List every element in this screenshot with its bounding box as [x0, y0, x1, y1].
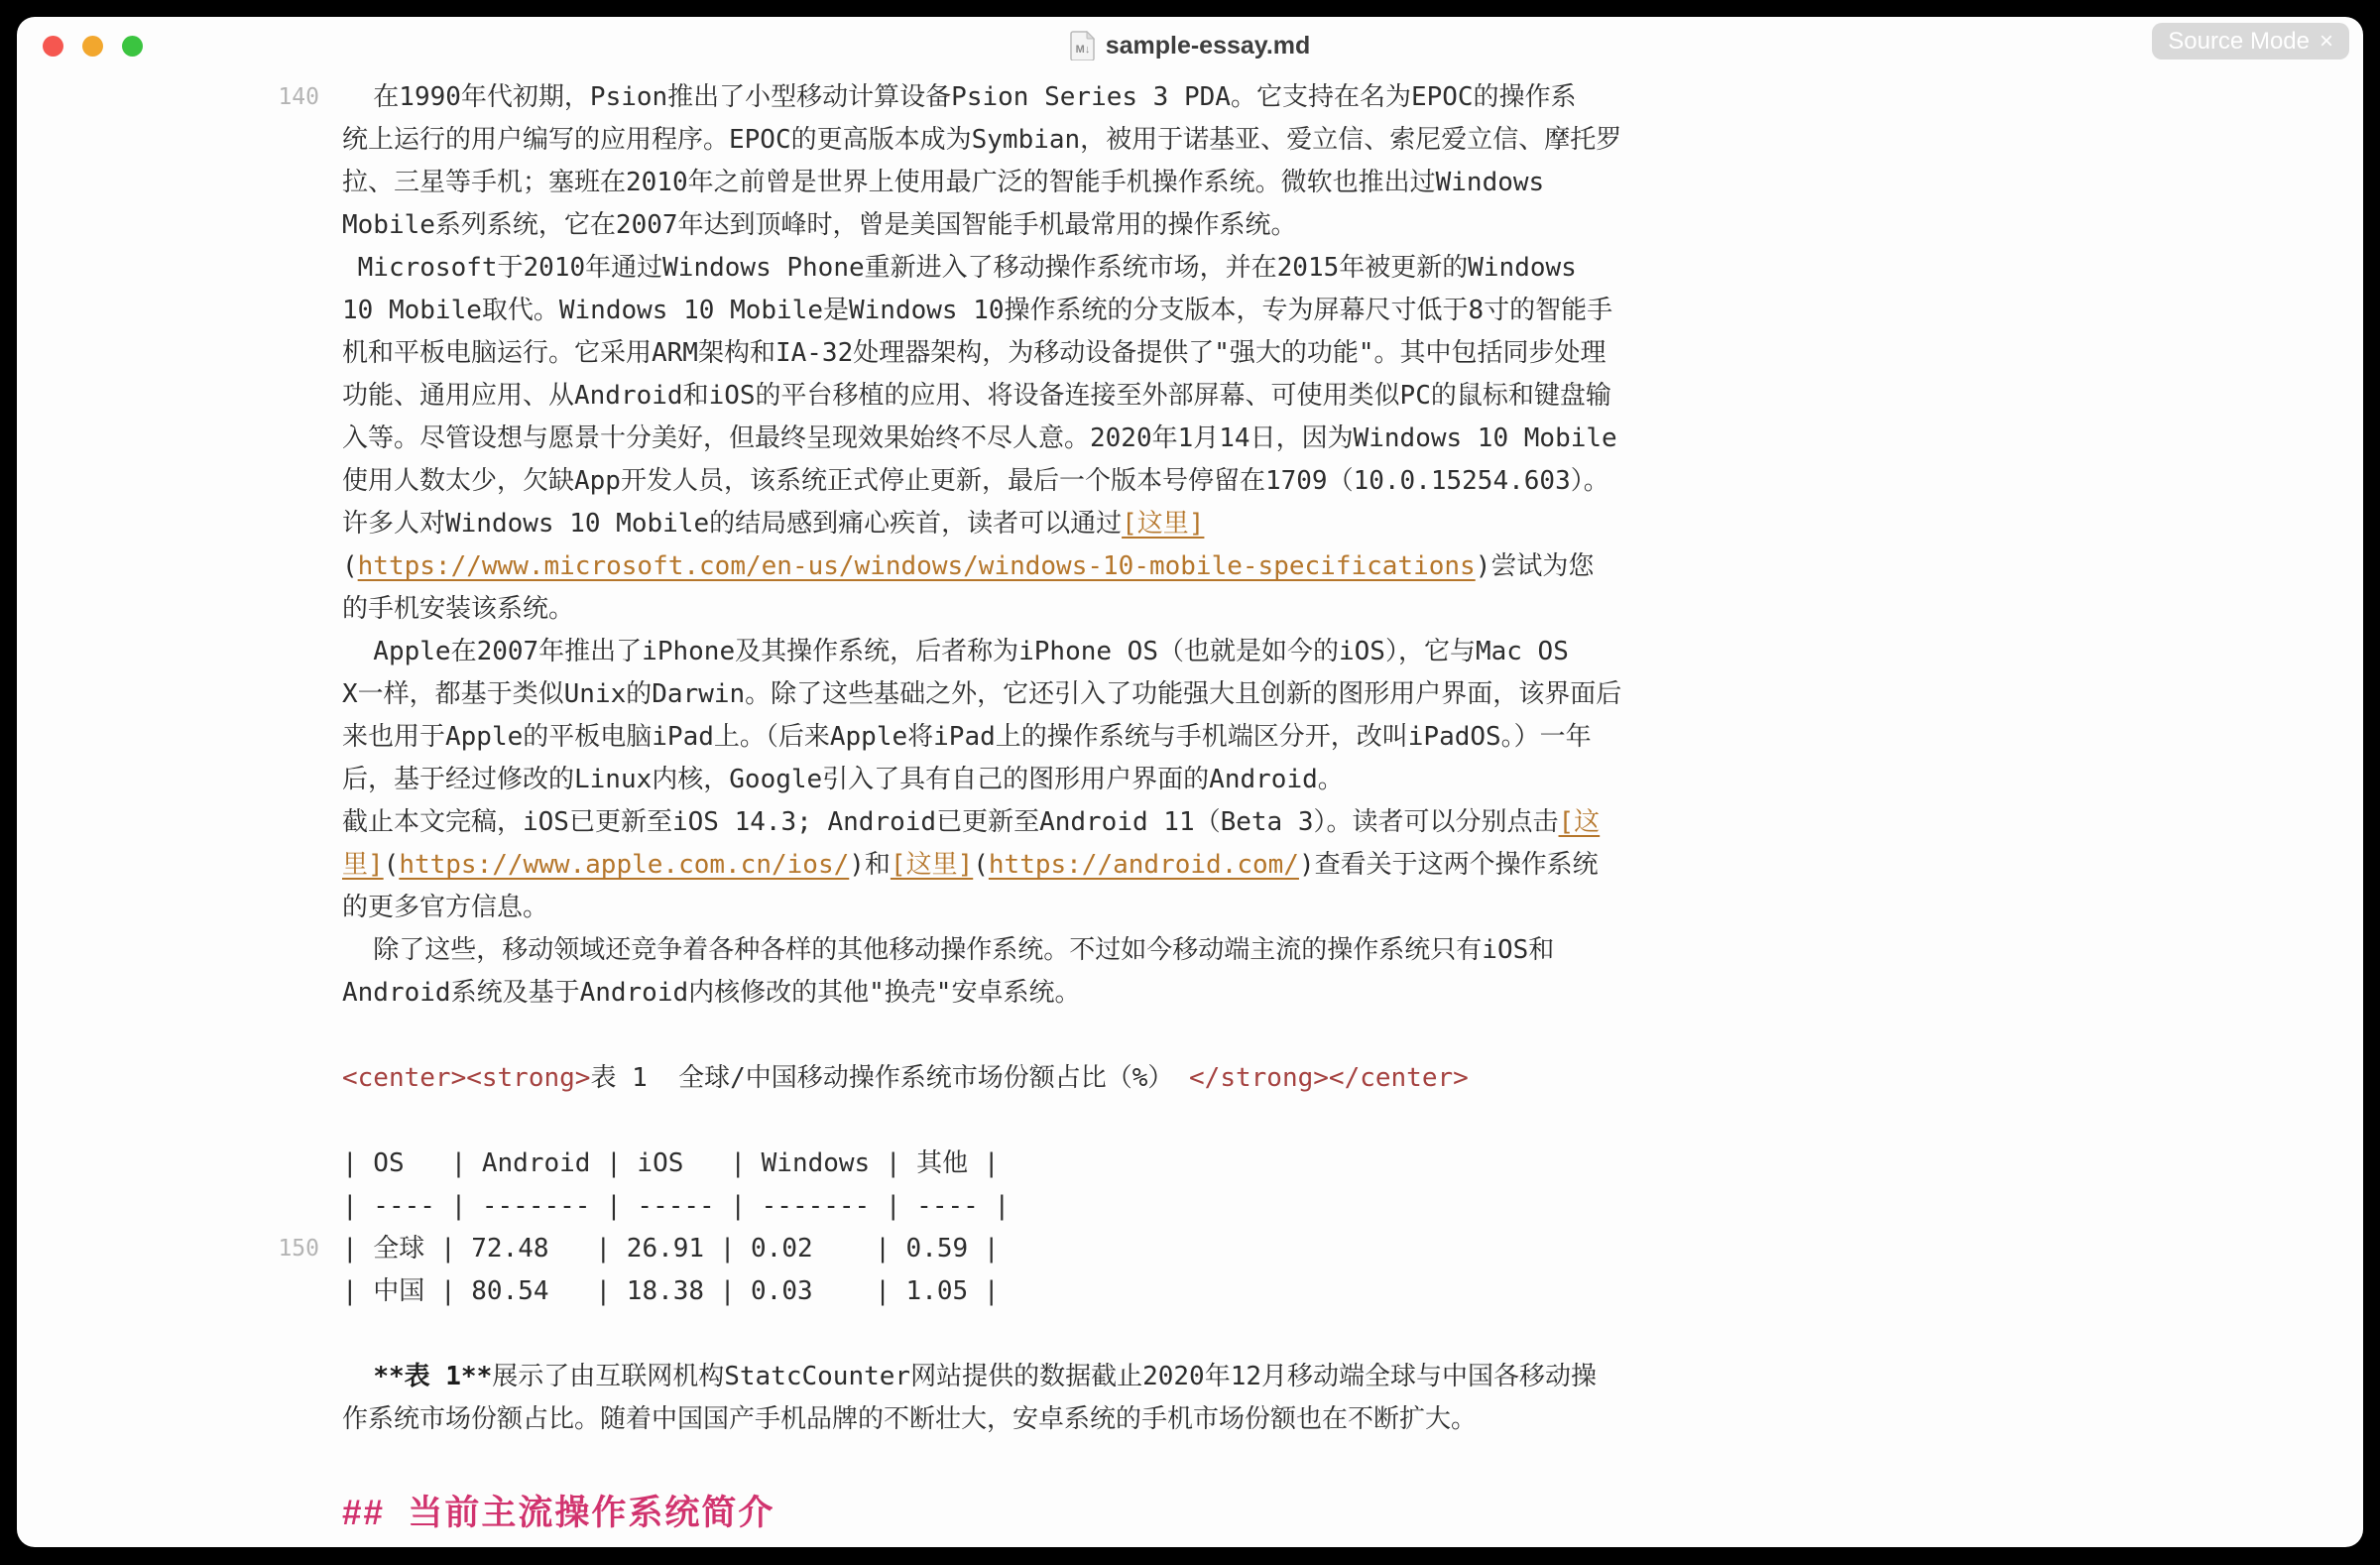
line-content: 机和平板电脑运行。它采用ARM架构和IA-32处理器架构，为移动设备提供了"强大… — [342, 332, 2363, 375]
text-segment: 展示了由互联网机构StatcCounter网站提供的数据截止2020年12月移动… — [492, 1362, 1597, 1391]
text-segment: 在1990年代初期，Psion推出了小型移动计算设备Psion Series 3… — [342, 82, 1577, 112]
line-content: 功能、通用应用、从Android和iOS的平台移植的应用、将设备连接至外部屏幕、… — [342, 375, 2363, 418]
text-segment: 后，基于经过修改的Linux内核，Google引入了具有自己的图形用户界面的An… — [342, 765, 1344, 794]
line-number — [17, 887, 342, 929]
line-number — [17, 1015, 342, 1057]
line-number — [17, 503, 342, 545]
source-mode-label: Source Mode — [2168, 28, 2310, 56]
line-number — [17, 162, 342, 204]
line-number — [17, 1100, 342, 1143]
source-line[interactable]: Microsoft于2010年通过Windows Phone重新进入了移动操作系… — [17, 247, 2363, 290]
line-number — [17, 1441, 342, 1484]
line-number: 150 — [17, 1228, 342, 1270]
source-line[interactable]: 许多人对Windows 10 Mobile的结局感到痛心疾首，读者可以通过[这里… — [17, 503, 2363, 545]
text-segment: )尝试为您 — [1476, 551, 1595, 581]
source-line[interactable]: 150| 全球 | 72.48 | 26.91 | 0.02 | 0.59 | — [17, 1228, 2363, 1270]
line-number — [17, 119, 342, 162]
source-line[interactable] — [17, 1441, 2363, 1484]
line-number — [17, 673, 342, 716]
line-content: ## 当前主流操作系统简介 — [342, 1488, 2363, 1542]
source-line[interactable]: 使用人数太少，欠缺App开发人员，该系统正式停止更新，最后一个版本号停留在170… — [17, 460, 2363, 503]
window-title-text: sample-essay.md — [1106, 32, 1311, 60]
line-number — [17, 1356, 342, 1398]
text-segment: 表 1 全球/中国移动操作系统市场份额占比（%） — [590, 1063, 1189, 1093]
line-number: 140 — [17, 76, 342, 119]
source-line[interactable]: | 中国 | 80.54 | 18.38 | 0.03 | 1.05 | — [17, 1270, 2363, 1313]
text-segment: **表 1** — [373, 1362, 492, 1391]
text-segment: | ---- | ------- | ----- | ------- | ---… — [342, 1191, 1010, 1221]
source-line[interactable]: <center><strong>表 1 全球/中国移动操作系统市场份额占比（%）… — [17, 1057, 2363, 1100]
line-number — [17, 204, 342, 247]
line-content — [342, 1100, 2363, 1143]
source-line[interactable]: 的手机安装该系统。 — [17, 588, 2363, 631]
line-content: 除了这些，移动领域还竞争着各种各样的其他移动操作系统。不过如今移动端主流的操作系… — [342, 929, 2363, 972]
line-content: | 中国 | 80.54 | 18.38 | 0.03 | 1.05 | — [342, 1270, 2363, 1313]
markdown-link[interactable]: https://www.microsoft.com/en-us/windows/… — [358, 551, 1476, 581]
source-line[interactable]: 140 在1990年代初期，Psion推出了小型移动计算设备Psion Seri… — [17, 76, 2363, 119]
heading-source-line[interactable]: ## 当前主流操作系统简介 — [17, 1488, 2363, 1542]
source-line[interactable]: 统上运行的用户编写的应用程序。EPOC的更高版本成为Symbian，被用于诺基亚… — [17, 119, 2363, 162]
line-content: 里](https://www.apple.com.cn/ios/)和[这里](h… — [342, 844, 2363, 887]
line-number — [17, 1185, 342, 1228]
text-segment: )和 — [849, 850, 891, 880]
text-segment: Apple在2007年推出了iPhone及其操作系统，后者称为iPhone OS… — [342, 637, 1569, 666]
line-content: 的更多官方信息。 — [342, 887, 2363, 929]
heading-text: ## 当前主流操作系统简介 — [342, 1494, 774, 1532]
line-content — [342, 1313, 2363, 1356]
line-number — [17, 929, 342, 972]
text-segment: ( — [342, 551, 358, 581]
line-number — [17, 588, 342, 631]
text-segment: 使用人数太少，欠缺App开发人员，该系统正式停止更新，最后一个版本号停留在170… — [342, 466, 1609, 496]
text-segment: 除了这些，移动领域还竞争着各种各样的其他移动操作系统。不过如今移动端主流的操作系… — [342, 935, 1554, 965]
source-line[interactable] — [17, 1100, 2363, 1143]
line-content: Android系统及基于Android内核修改的其他"换壳"安卓系统。 — [342, 972, 2363, 1015]
line-number — [17, 332, 342, 375]
source-line[interactable]: | ---- | ------- | ----- | ------- | ---… — [17, 1185, 2363, 1228]
text-segment: 的手机安装该系统。 — [342, 594, 574, 624]
line-content: 的手机安装该系统。 — [342, 588, 2363, 631]
source-line[interactable]: 机和平板电脑运行。它采用ARM架构和IA-32处理器架构，为移动设备提供了"强大… — [17, 332, 2363, 375]
markdown-link[interactable]: 里] — [342, 850, 384, 880]
line-content: 来也用于Apple的平板电脑iPad上。（后来Apple将iPad上的操作系统与… — [342, 716, 2363, 759]
source-line[interactable]: 里](https://www.apple.com.cn/ios/)和[这里](h… — [17, 844, 2363, 887]
window-title: M↓ sample-essay.md — [17, 17, 2363, 74]
text-segment: X一样，都基于类似Unix的Darwin。除了这些基础之外，它还引入了功能强大且… — [342, 679, 1621, 709]
line-number — [17, 460, 342, 503]
text-segment: 10 Mobile取代。Windows 10 Mobile是Windows 10… — [342, 296, 1612, 325]
text-segment — [342, 1362, 373, 1391]
line-number — [17, 375, 342, 418]
line-content: 统上运行的用户编写的应用程序。EPOC的更高版本成为Symbian，被用于诺基亚… — [342, 119, 2363, 162]
line-content: 许多人对Windows 10 Mobile的结局感到痛心疾首，读者可以通过[这里… — [342, 503, 2363, 545]
line-content: | 全球 | 72.48 | 26.91 | 0.02 | 0.59 | — [342, 1228, 2363, 1270]
text-segment: Mobile系列系统，它在2007年达到顶峰时，曾是美国智能手机最常用的操作系统… — [342, 210, 1297, 240]
line-content — [342, 1441, 2363, 1484]
source-line[interactable]: 入等。尽管设想与愿景十分美好，但最终呈现效果始终不尽人意。2020年1月14日，… — [17, 418, 2363, 460]
badge-close-icon[interactable]: × — [2320, 28, 2333, 56]
source-line[interactable]: Android系统及基于Android内核修改的其他"换壳"安卓系统。 — [17, 972, 2363, 1015]
text-segment: 拉、三星等手机；塞班在2010年之前曾是世界上使用最广泛的智能手机操作系统。微软… — [342, 168, 1544, 197]
source-line[interactable] — [17, 1015, 2363, 1057]
source-line[interactable]: (https://www.microsoft.com/en-us/windows… — [17, 545, 2363, 588]
source-line[interactable]: X一样，都基于类似Unix的Darwin。除了这些基础之外，它还引入了功能强大且… — [17, 673, 2363, 716]
source-line[interactable]: 作系统市场份额占比。随着中国国产手机品牌的不断壮大，安卓系统的手机市场份额也在不… — [17, 1398, 2363, 1441]
line-content: Apple在2007年推出了iPhone及其操作系统，后者称为iPhone OS… — [342, 631, 2363, 673]
markdown-file-icon: M↓ — [1070, 31, 1096, 60]
line-content: 拉、三星等手机；塞班在2010年之前曾是世界上使用最广泛的智能手机操作系统。微软… — [342, 162, 2363, 204]
line-content: <center><strong>表 1 全球/中国移动操作系统市场份额占比（%）… — [342, 1057, 2363, 1100]
line-number — [17, 1313, 342, 1356]
markdown-link[interactable]: [这里] — [1122, 509, 1204, 539]
markdown-link[interactable]: https://www.apple.com.cn/ios/ — [399, 850, 849, 880]
line-content: 使用人数太少，欠缺App开发人员，该系统正式停止更新，最后一个版本号停留在170… — [342, 460, 2363, 503]
line-content: 在1990年代初期，Psion推出了小型移动计算设备Psion Series 3… — [342, 76, 2363, 119]
source-line[interactable]: 10 Mobile取代。Windows 10 Mobile是Windows 10… — [17, 290, 2363, 332]
markdown-link[interactable]: [这 — [1559, 807, 1601, 837]
line-number — [17, 844, 342, 887]
line-number — [17, 716, 342, 759]
line-content: Microsoft于2010年通过Windows Phone重新进入了移动操作系… — [342, 247, 2363, 290]
source-line[interactable]: | OS | Android | iOS | Windows | 其他 | — [17, 1143, 2363, 1185]
html-tag-token: <center><strong> — [342, 1063, 590, 1093]
source-line[interactable]: Mobile系列系统，它在2007年达到顶峰时，曾是美国智能手机最常用的操作系统… — [17, 204, 2363, 247]
text-segment: | 全球 | 72.48 | 26.91 | 0.02 | 0.59 | — [342, 1234, 999, 1264]
line-content: | ---- | ------- | ----- | ------- | ---… — [342, 1185, 2363, 1228]
line-number — [17, 1143, 342, 1185]
source-line[interactable]: 截止本文完稿，iOS已更新至iOS 14.3; Android已更新至Andro… — [17, 801, 2363, 844]
text-segment: 作系统市场份额占比。随着中国国产手机品牌的不断壮大，安卓系统的手机市场份额也在不… — [342, 1404, 1477, 1434]
line-number — [17, 247, 342, 290]
line-content: Mobile系列系统，它在2007年达到顶峰时，曾是美国智能手机最常用的操作系统… — [342, 204, 2363, 247]
line-number — [17, 1488, 342, 1542]
text-segment: 统上运行的用户编写的应用程序。EPOC的更高版本成为Symbian，被用于诺基亚… — [342, 125, 1621, 155]
line-number — [17, 1398, 342, 1441]
html-tag-token: </strong></center> — [1189, 1063, 1469, 1093]
line-number — [17, 972, 342, 1015]
text-segment: 来也用于Apple的平板电脑iPad上。（后来Apple将iPad上的操作系统与… — [342, 722, 1592, 752]
line-number — [17, 801, 342, 844]
text-segment: 机和平板电脑运行。它采用ARM架构和IA-32处理器架构，为移动设备提供了"强大… — [342, 338, 1606, 368]
line-number — [17, 290, 342, 332]
line-number — [17, 759, 342, 801]
line-content: | OS | Android | iOS | Windows | 其他 | — [342, 1143, 2363, 1185]
source-line[interactable]: 除了这些，移动领域还竞争着各种各样的其他移动操作系统。不过如今移动端主流的操作系… — [17, 929, 2363, 972]
source-line[interactable]: **表 1**展示了由互联网机构StatcCounter网站提供的数据截止202… — [17, 1356, 2363, 1398]
source-line[interactable]: 功能、通用应用、从Android和iOS的平台移植的应用、将设备连接至外部屏幕、… — [17, 375, 2363, 418]
source-line[interactable]: 的更多官方信息。 — [17, 887, 2363, 929]
line-number — [17, 1057, 342, 1100]
line-content: 入等。尽管设想与愿景十分美好，但最终呈现效果始终不尽人意。2020年1月14日，… — [342, 418, 2363, 460]
source-line[interactable] — [17, 1313, 2363, 1356]
line-content: 截止本文完稿，iOS已更新至iOS 14.3; Android已更新至Andro… — [342, 801, 2363, 844]
line-number — [17, 631, 342, 673]
text-segment: 功能、通用应用、从Android和iOS的平台移植的应用、将设备连接至外部屏幕、… — [342, 381, 1611, 411]
line-content: **表 1**展示了由互联网机构StatcCounter网站提供的数据截止202… — [342, 1356, 2363, 1398]
line-content: X一样，都基于类似Unix的Darwin。除了这些基础之外，它还引入了功能强大且… — [342, 673, 2363, 716]
text-segment: | 中国 | 80.54 | 18.38 | 0.03 | 1.05 | — [342, 1276, 999, 1306]
text-segment: Microsoft于2010年通过Windows Phone重新进入了移动操作系… — [342, 253, 1577, 283]
markdown-glyph: M↓ — [1075, 44, 1090, 56]
line-number — [17, 418, 342, 460]
source-editor[interactable]: 140 在1990年代初期，Psion推出了小型移动计算设备Psion Seri… — [17, 74, 2363, 1547]
text-segment: 的更多官方信息。 — [342, 893, 548, 922]
line-content — [342, 1015, 2363, 1057]
text-segment: Android系统及基于Android内核修改的其他"换壳"安卓系统。 — [342, 978, 1080, 1008]
editor-window: M↓ sample-essay.md Source Mode × 140 在19… — [17, 17, 2363, 1547]
markdown-link[interactable]: [这里] — [891, 850, 973, 880]
text-segment: 截止本文完稿，iOS已更新至iOS 14.3; Android已更新至Andro… — [342, 807, 1559, 837]
markdown-link[interactable]: https://android.com/ — [989, 850, 1299, 880]
source-mode-badge[interactable]: Source Mode × — [2152, 23, 2349, 60]
text-segment: ( — [973, 850, 989, 880]
text-segment: | OS | Android | iOS | Windows | 其他 | — [342, 1148, 999, 1178]
line-content: 后，基于经过修改的Linux内核，Google引入了具有自己的图形用户界面的An… — [342, 759, 2363, 801]
source-line[interactable]: 拉、三星等手机；塞班在2010年之前曾是世界上使用最广泛的智能手机操作系统。微软… — [17, 162, 2363, 204]
text-segment: ( — [384, 850, 400, 880]
source-line[interactable]: 后，基于经过修改的Linux内核，Google引入了具有自己的图形用户界面的An… — [17, 759, 2363, 801]
source-line[interactable]: Apple在2007年推出了iPhone及其操作系统，后者称为iPhone OS… — [17, 631, 2363, 673]
line-number — [17, 1270, 342, 1313]
line-content: 作系统市场份额占比。随着中国国产手机品牌的不断壮大，安卓系统的手机市场份额也在不… — [342, 1398, 2363, 1441]
source-line[interactable]: 来也用于Apple的平板电脑iPad上。（后来Apple将iPad上的操作系统与… — [17, 716, 2363, 759]
text-segment: 入等。尽管设想与愿景十分美好，但最终呈现效果始终不尽人意。2020年1月14日，… — [342, 423, 1617, 453]
titlebar[interactable]: M↓ sample-essay.md Source Mode × — [17, 17, 2363, 74]
line-content: (https://www.microsoft.com/en-us/windows… — [342, 545, 2363, 588]
line-content: 10 Mobile取代。Windows 10 Mobile是Windows 10… — [342, 290, 2363, 332]
line-number — [17, 545, 342, 588]
text-segment: )查看关于这两个操作系统 — [1299, 850, 1599, 880]
text-segment: 许多人对Windows 10 Mobile的结局感到痛心疾首，读者可以通过 — [342, 509, 1122, 539]
